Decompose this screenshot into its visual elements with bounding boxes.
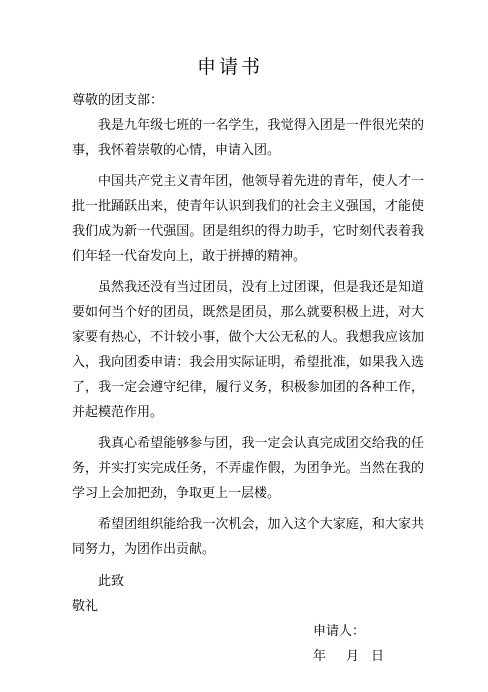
body-paragraph-4: 我真心希望能够参与团，我一定会认真完成团交给我的任务，并实打实完成任务，不弄虚作… (72, 431, 424, 506)
date-month-label: 月 (346, 649, 359, 664)
closing-jingli: 敬礼 (72, 594, 424, 619)
date-day-label: 日 (371, 649, 384, 664)
signature-block: 申请人： 年月日 (313, 619, 424, 669)
body-paragraph-3: 虽然我还没有当过团员，没有上过团课，但是我还是知道要如何当个好的团员，既然是团员… (72, 275, 424, 425)
date-year-label: 年 (313, 649, 326, 664)
body-paragraph-2: 中国共产党主义青年团，他领导着先进的青年，使人才一批一批踊跃出来，使青年认识到我… (72, 169, 424, 269)
salutation: 尊敬的团支部： (72, 88, 424, 113)
closing-cizhi: 此致 (72, 569, 424, 594)
body-paragraph-5: 希望团组织能给我一次机会，加入这个大家庭，和大家共同努力，为团作出贡献。 (72, 512, 424, 562)
body-paragraph-1: 我是九年级七班的一名学生，我觉得入团是一件很光荣的事，我怀着崇敬的心情，申请入团… (72, 113, 424, 163)
document-title: 申请书 (72, 54, 388, 80)
application-letter-page: 申请书 尊敬的团支部： 我是九年级七班的一名学生，我觉得入团是一件很光荣的事，我… (0, 0, 488, 692)
date-line: 年月日 (313, 644, 424, 669)
applicant-label: 申请人： (313, 619, 424, 644)
